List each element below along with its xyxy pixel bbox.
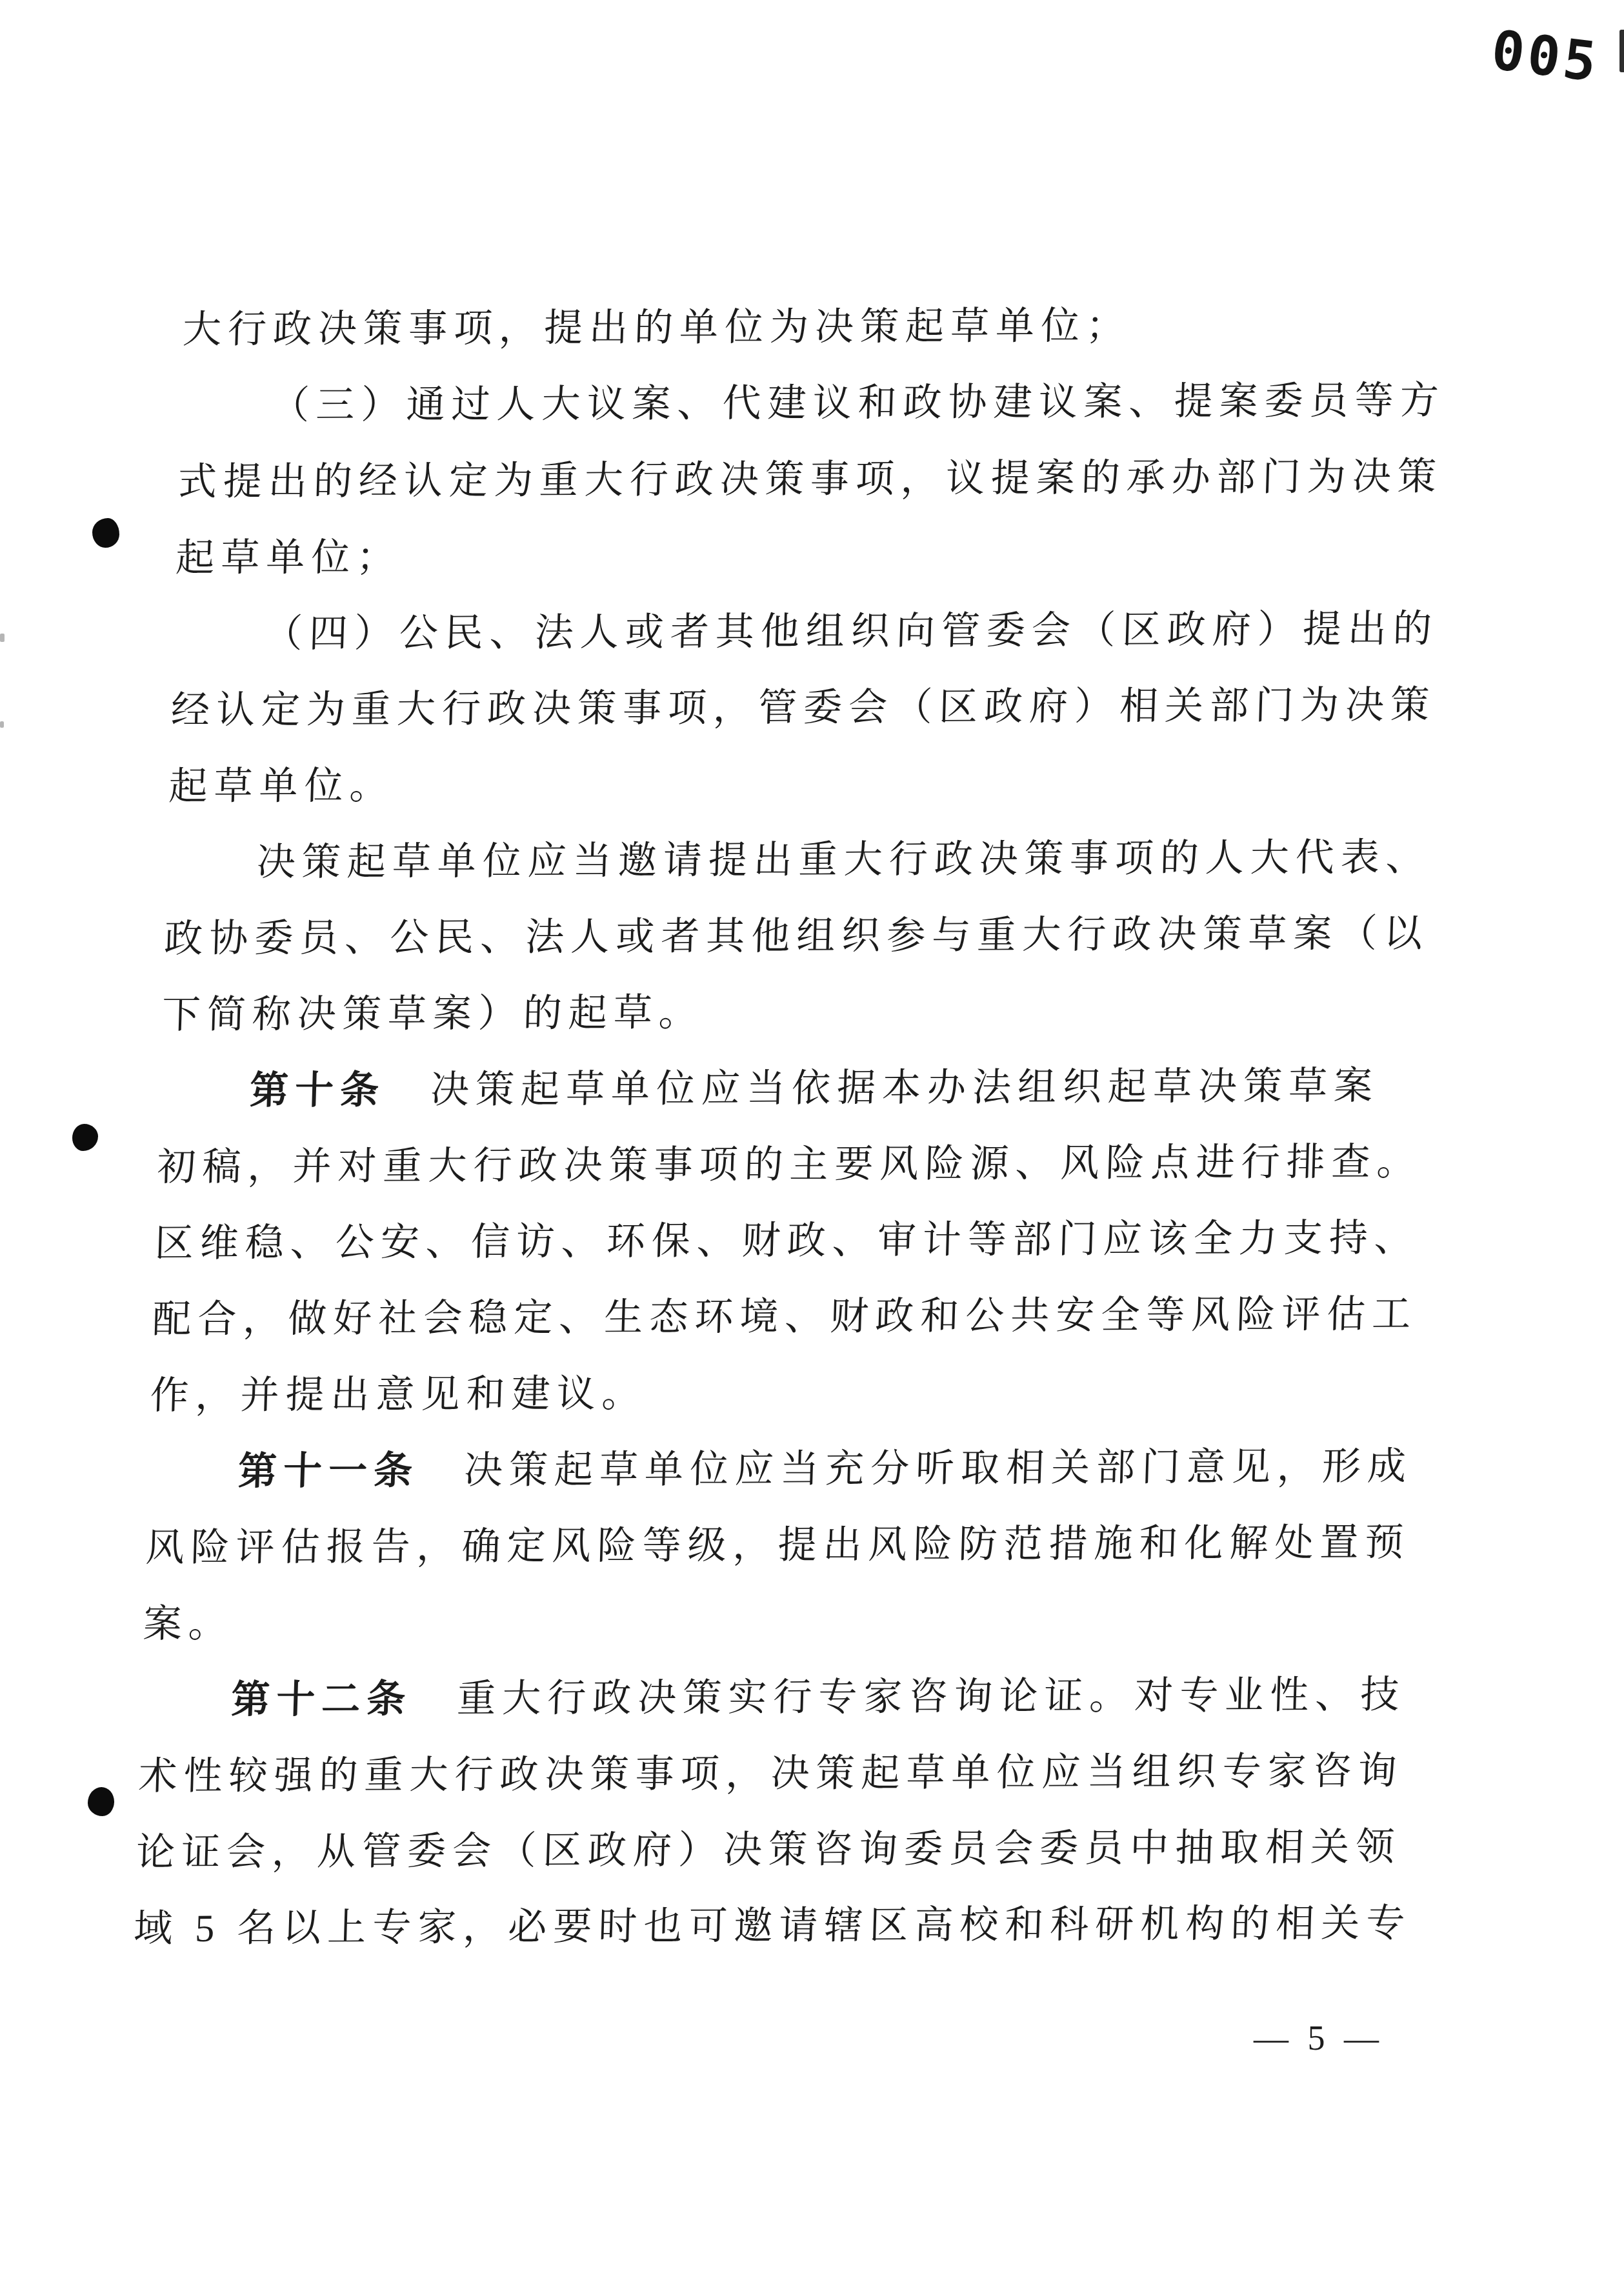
text-line: 作，并提出意见和建议。 bbox=[149, 1352, 1468, 1434]
text-line: 决策起草单位应当邀请提出重大行政决策事项的人大代表、 bbox=[165, 819, 1484, 901]
scanned-document-page: 005 大行政决策事项，提出的单位为决策起草单位；（三）通过人大议案、代建议和政… bbox=[0, 0, 1624, 2280]
ink-blot bbox=[88, 1787, 114, 1816]
text-segment: 政协委员、公民、法人或者其他组织参与重大行政决策草案（以 bbox=[163, 912, 1429, 961]
text-line: 第十二条 重大行政决策实行专家咨询论证。对专业性、技 bbox=[139, 1656, 1458, 1738]
text-segment: 作，并提出意见和建议。 bbox=[150, 1372, 648, 1417]
text-line: 域 5 名以上专家，必要时也可邀请辖区高校和科研机构的相关专 bbox=[133, 1885, 1452, 1966]
text-line: 起草单位。 bbox=[168, 743, 1487, 825]
text-line: 配合，做好社会稳定、生态环境、财政和公共安全等风险评估工 bbox=[152, 1275, 1470, 1357]
text-segment: 大行政决策事项，提出的单位为决策起草单位； bbox=[182, 305, 1132, 351]
text-segment: 初稿，并对重大行政决策事项的主要风险源、风险点进行排查。 bbox=[157, 1141, 1423, 1189]
text-segment: （三）通过人大议案、代建议和政协建议案、提案委员等方 bbox=[270, 379, 1446, 426]
ink-blot bbox=[92, 518, 119, 548]
text-segment: （四）公民、法人或者其他组织向管委会（区政府）提出的 bbox=[263, 608, 1439, 655]
text-line: 区维稳、公安、信访、环保、财政、审计等部门应该全力支持、 bbox=[154, 1199, 1472, 1281]
text-segment: 配合，做好社会稳定、生态环境、财政和公共安全等风险评估工 bbox=[152, 1293, 1418, 1341]
text-line: 风险评估报告，确定风险等级，提出风险防范措施和化解处置预 bbox=[145, 1504, 1463, 1586]
stamp-page-number: 005 bbox=[1489, 18, 1603, 94]
text-segment: 决策起草单位应当充分听取相关部门意见，形成 bbox=[463, 1445, 1413, 1492]
ink-blot bbox=[72, 1124, 98, 1151]
text-segment: 域 5 名以上专家，必要时也可邀请辖区高校和科研机构的相关专 bbox=[133, 1902, 1412, 1950]
article-number: 第十条 bbox=[249, 1068, 431, 1112]
text-line: 论证会，从管委会（区政府）决策咨询委员会委员中抽取相关领 bbox=[135, 1808, 1454, 1890]
text-line: （四）公民、法人或者其他组织向管委会（区政府）提出的 bbox=[172, 590, 1491, 672]
text-segment: 起草单位； bbox=[175, 536, 402, 580]
text-line: （三）通过人大议案、代建议和政协建议案、提案委员等方 bbox=[179, 362, 1498, 444]
text-segment: 风险评估报告，确定风险等级，提出风险防范措施和化解处置预 bbox=[145, 1521, 1410, 1570]
text-line: 术性较强的重大行政决策事项，决策起草单位应当组织专家咨询 bbox=[137, 1732, 1456, 1814]
text-segment: 决策起草单位应当邀请提出重大行政决策事项的人大代表、 bbox=[256, 836, 1432, 884]
text-segment: 式提出的经认定为重大行政决策事项，议提案的承办部门为决策 bbox=[177, 455, 1443, 503]
text-line: 政协委员、公民、法人或者其他组织参与重大行政决策草案（以 bbox=[163, 895, 1482, 977]
text-line: 第十条 决策起草单位应当依据本办法组织起草决策草案 bbox=[158, 1047, 1477, 1129]
text-segment: 下简称决策草案）的起草。 bbox=[161, 991, 705, 1036]
text-segment: 经认定为重大行政决策事项，管委会（区政府）相关部门为决策 bbox=[170, 684, 1436, 732]
scan-edge-artifact bbox=[1619, 30, 1624, 72]
text-segment: 区维稳、公安、信访、环保、财政、审计等部门应该全力支持、 bbox=[154, 1217, 1420, 1265]
text-segment: 决策起草单位应当依据本办法组织起草决策草案 bbox=[430, 1065, 1379, 1111]
text-lines: 大行政决策事项，提出的单位为决策起草单位；（三）通过人大议案、代建议和政协建议案… bbox=[133, 286, 1500, 1966]
text-segment: 案。 bbox=[143, 1603, 234, 1646]
text-line: 起草单位； bbox=[175, 514, 1494, 596]
article-number: 第十一条 bbox=[237, 1448, 465, 1493]
text-line: 经认定为重大行政决策事项，管委会（区政府）相关部门为决策 bbox=[170, 666, 1489, 748]
text-segment: 论证会，从管委会（区政府）决策咨询委员会委员中抽取相关领 bbox=[135, 1826, 1401, 1874]
text-line: 案。 bbox=[142, 1580, 1461, 1662]
footer-page-number: — 5 — bbox=[1254, 2018, 1384, 2058]
text-line: 式提出的经认定为重大行政决策事项，议提案的承办部门为决策 bbox=[177, 438, 1496, 520]
scan-edge-mark bbox=[0, 721, 4, 728]
text-line: 大行政决策事项，提出的单位为决策起草单位； bbox=[181, 286, 1500, 368]
text-line: 下简称决策草案）的起草。 bbox=[161, 971, 1479, 1053]
text-segment: 起草单位。 bbox=[168, 765, 396, 808]
scan-edge-mark bbox=[0, 634, 5, 642]
article-number: 第十二条 bbox=[230, 1677, 457, 1721]
text-line: 第十一条 决策起草单位应当充分听取相关部门意见，形成 bbox=[146, 1428, 1465, 1510]
text-segment: 术性较强的重大行政决策事项，决策起草单位应当组织专家咨询 bbox=[138, 1750, 1404, 1798]
text-segment: 重大行政决策实行专家咨询论证。对专业性、技 bbox=[456, 1674, 1406, 1720]
text-line: 初稿，并对重大行政决策事项的主要风险源、风险点进行排查。 bbox=[156, 1123, 1475, 1205]
